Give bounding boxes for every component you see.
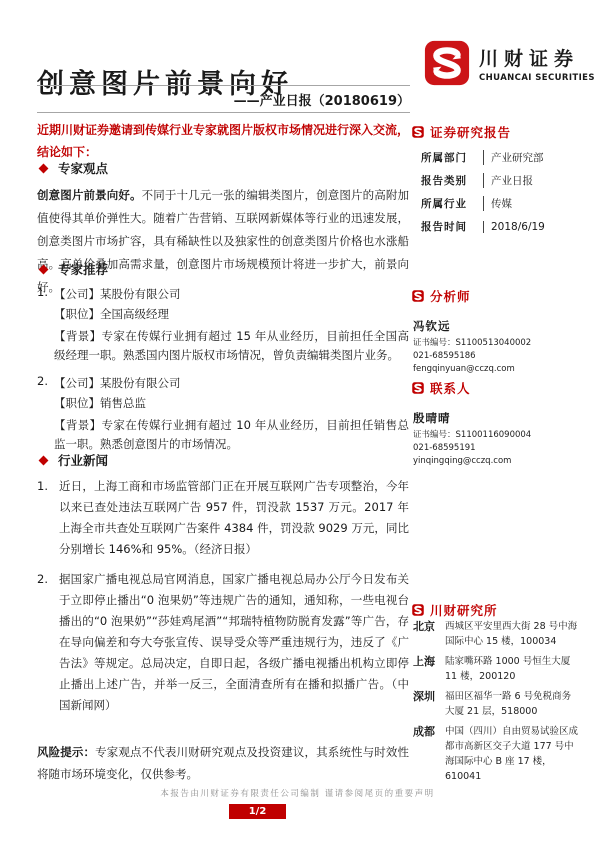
logo-mark-icon bbox=[412, 604, 424, 616]
office-address: 福田区福华一路 6 号免税商务大厦 21 层，518000 bbox=[445, 689, 580, 719]
office-address: 中国（四川）自由贸易试验区成都市高新区交子大道 177 号中海国际中心 B 座 … bbox=[445, 724, 580, 784]
report-info-block: 证券研究报告 所属部门 产业研究部 报告类别 产业日报 所属行业 传媒 报告时间… bbox=[412, 123, 580, 233]
expert-position: 【职位】全国高级经理 bbox=[54, 305, 409, 323]
meta-label: 所属部门 bbox=[421, 150, 483, 165]
diamond-bullet-icon bbox=[39, 264, 49, 274]
sidebar-heading-label: 联系人 bbox=[430, 379, 471, 397]
brand-name-en: CHUANCAI SECURITIES bbox=[479, 73, 595, 83]
news-item: 2. 据国家广播电视总局官网消息，国家广播电视总局办公厅今日发布关于立即停止播出… bbox=[37, 569, 409, 716]
report-subtitle: ——产业日报（20180619） bbox=[37, 90, 410, 109]
logo-mark-icon bbox=[412, 126, 424, 138]
meta-row: 所属部门 产业研究部 bbox=[421, 150, 580, 164]
news-text: 近日，上海工商和市场监管部门正在开展互联网广告专项整治，今年以来已查处违法互联网… bbox=[59, 479, 409, 556]
risk-notice: 风险提示：专家观点不代表川财研究观点及投资建议，其系统性与时效性将随市场环境变化… bbox=[37, 741, 409, 785]
office-address: 陆家嘴环路 1000 号恒生大厦 11 楼，200120 bbox=[445, 654, 580, 684]
sidebar-heading: 证券研究报告 bbox=[412, 123, 580, 141]
sidebar-heading: 联系人 bbox=[412, 379, 580, 397]
paragraph-lead: 创意图片前景向好。 bbox=[37, 188, 142, 202]
sidebar-heading-label: 证券研究报告 bbox=[430, 123, 511, 141]
cert-label: 证书编号： bbox=[413, 338, 456, 348]
meta-label: 报告类别 bbox=[421, 173, 483, 188]
office-row: 成都 中国（四川）自由贸易试验区成都市高新区交子大道 177 号中海国际中心 B… bbox=[413, 724, 580, 784]
analyst-block: 分析师 冯钦远 证书编号：S1100513040002 021-68595186… bbox=[412, 287, 580, 376]
analyst-email: fengqinyuan@cczq.com bbox=[413, 363, 580, 376]
report-page: 创意图片前景向好 ——产业日报（20180619） 川财证券 CHUANCAI … bbox=[0, 0, 595, 842]
meta-value: 产业日报 bbox=[483, 173, 533, 188]
meta-value: 传媒 bbox=[483, 196, 512, 211]
meta-value: 产业研究部 bbox=[483, 150, 544, 165]
institute-block: 川财研究所 北京 西城区平安里西大街 28 号中海国际中心 15 楼，10003… bbox=[412, 601, 580, 789]
meta-label: 报告时间 bbox=[421, 219, 483, 234]
section-title: 专家观点 bbox=[58, 159, 108, 177]
meta-row: 报告时间 2018/6/19 bbox=[421, 219, 580, 233]
news-text: 据国家广播电视总局官网消息，国家广播电视总局办公厅今日发布关于立即停止播出“0 … bbox=[59, 572, 409, 712]
office-row: 深圳 福田区福华一路 6 号免税商务大厦 21 层，518000 bbox=[413, 689, 580, 719]
expert-position: 【职位】销售总监 bbox=[54, 394, 409, 412]
risk-label: 风险提示： bbox=[37, 745, 95, 759]
cert-label: 证书编号： bbox=[413, 430, 456, 440]
item-number: 1. bbox=[37, 285, 48, 299]
section-title: 行业新闻 bbox=[58, 451, 108, 469]
office-row: 上海 陆家嘴环路 1000 号恒生大厦 11 楼，200120 bbox=[413, 654, 580, 684]
contact-email: yinqingqing@cczq.com bbox=[413, 455, 580, 468]
expert-company: 【公司】某股份有限公司 bbox=[54, 285, 409, 303]
meta-value: 2018/6/19 bbox=[483, 221, 545, 233]
office-address: 西城区平安里西大街 28 号中海国际中心 15 楼，100034 bbox=[445, 619, 580, 649]
cert-number: S1100116090004 bbox=[456, 430, 532, 440]
brand-logo: 川财证券 CHUANCAI SECURITIES bbox=[424, 40, 595, 86]
office-city: 深圳 bbox=[413, 689, 445, 719]
news-item: 1. 近日，上海工商和市场监管部门正在开展互联网广告专项整治，今年以来已查处违法… bbox=[37, 476, 409, 560]
section-heading: 专家推荐 bbox=[37, 260, 409, 278]
section-heading: 专家观点 bbox=[37, 159, 409, 177]
contact-cert: 证书编号：S1100116090004 bbox=[413, 429, 580, 442]
logo-mark-icon bbox=[412, 290, 424, 302]
page-number-badge: 1/2 bbox=[229, 804, 286, 819]
section-expert-recommendation: 专家推荐 1. 【公司】某股份有限公司 【职位】全国高级经理 【背景】专家在传媒… bbox=[37, 260, 409, 463]
sidebar-heading: 分析师 bbox=[412, 287, 580, 305]
analyst-cert: 证书编号：S1100513040002 bbox=[413, 337, 580, 350]
report-sidebar: 证券研究报告 所属部门 产业研究部 报告类别 产业日报 所属行业 传媒 报告时间… bbox=[412, 120, 580, 810]
meta-label: 所属行业 bbox=[421, 196, 483, 211]
item-number: 2. bbox=[37, 374, 48, 388]
sidebar-heading: 川财研究所 bbox=[412, 601, 580, 619]
cert-number: S1100513040002 bbox=[456, 338, 532, 348]
office-city: 成都 bbox=[413, 724, 445, 784]
header-divider-top bbox=[37, 85, 410, 86]
sidebar-heading-label: 分析师 bbox=[430, 287, 471, 305]
item-number: 1. bbox=[37, 476, 48, 497]
brand-name: 川财证券 CHUANCAI SECURITIES bbox=[479, 44, 595, 83]
intro-note: 近期川财证券邀请到传媒行业专家就图片版权市场情况进行深入交流，结论如下： bbox=[37, 119, 409, 163]
analyst-name: 冯钦远 bbox=[413, 318, 580, 334]
office-city: 上海 bbox=[413, 654, 445, 684]
contact-name: 殷晴晴 bbox=[413, 410, 580, 426]
office-city: 北京 bbox=[413, 619, 445, 649]
header-divider-bottom bbox=[37, 112, 410, 113]
diamond-bullet-icon bbox=[39, 455, 49, 465]
item-number: 2. bbox=[37, 569, 48, 590]
logo-mark-icon bbox=[412, 382, 424, 394]
expert-item: 2. 【公司】某股份有限公司 【职位】销售总监 【背景】专家在传媒行业拥有超过 … bbox=[37, 374, 409, 454]
sidebar-heading-label: 川财研究所 bbox=[430, 601, 498, 619]
analyst-phone: 021-68595186 bbox=[413, 350, 580, 363]
expert-background: 【背景】专家在传媒行业拥有超过 15 年从业经历，目前担任全国高级经理一职。熟悉… bbox=[54, 327, 409, 365]
contact-phone: 021-68595191 bbox=[413, 442, 580, 455]
contact-block: 联系人 殷晴晴 证书编号：S1100116090004 021-68595191… bbox=[412, 379, 580, 468]
section-industry-news: 行业新闻 1. 近日，上海工商和市场监管部门正在开展互联网广告专项整治，今年以来… bbox=[37, 451, 409, 725]
expert-company: 【公司】某股份有限公司 bbox=[54, 374, 409, 392]
footer-disclaimer: 本报告由川财证券有限责任公司编制 谨请参阅尾页的重要声明 bbox=[0, 787, 595, 799]
section-title: 专家推荐 bbox=[58, 260, 108, 278]
office-row: 北京 西城区平安里西大街 28 号中海国际中心 15 楼，100034 bbox=[413, 619, 580, 649]
expert-background: 【背景】专家在传媒行业拥有超过 10 年从业经历，目前担任销售总监一职。熟悉创意… bbox=[54, 416, 409, 454]
section-heading: 行业新闻 bbox=[37, 451, 409, 469]
brand-name-cn: 川财证券 bbox=[479, 44, 595, 71]
brand-logo-icon bbox=[424, 40, 470, 86]
meta-row: 报告类别 产业日报 bbox=[421, 173, 580, 187]
expert-item: 1. 【公司】某股份有限公司 【职位】全国高级经理 【背景】专家在传媒行业拥有超… bbox=[37, 285, 409, 365]
meta-row: 所属行业 传媒 bbox=[421, 196, 580, 210]
diamond-bullet-icon bbox=[39, 163, 49, 173]
